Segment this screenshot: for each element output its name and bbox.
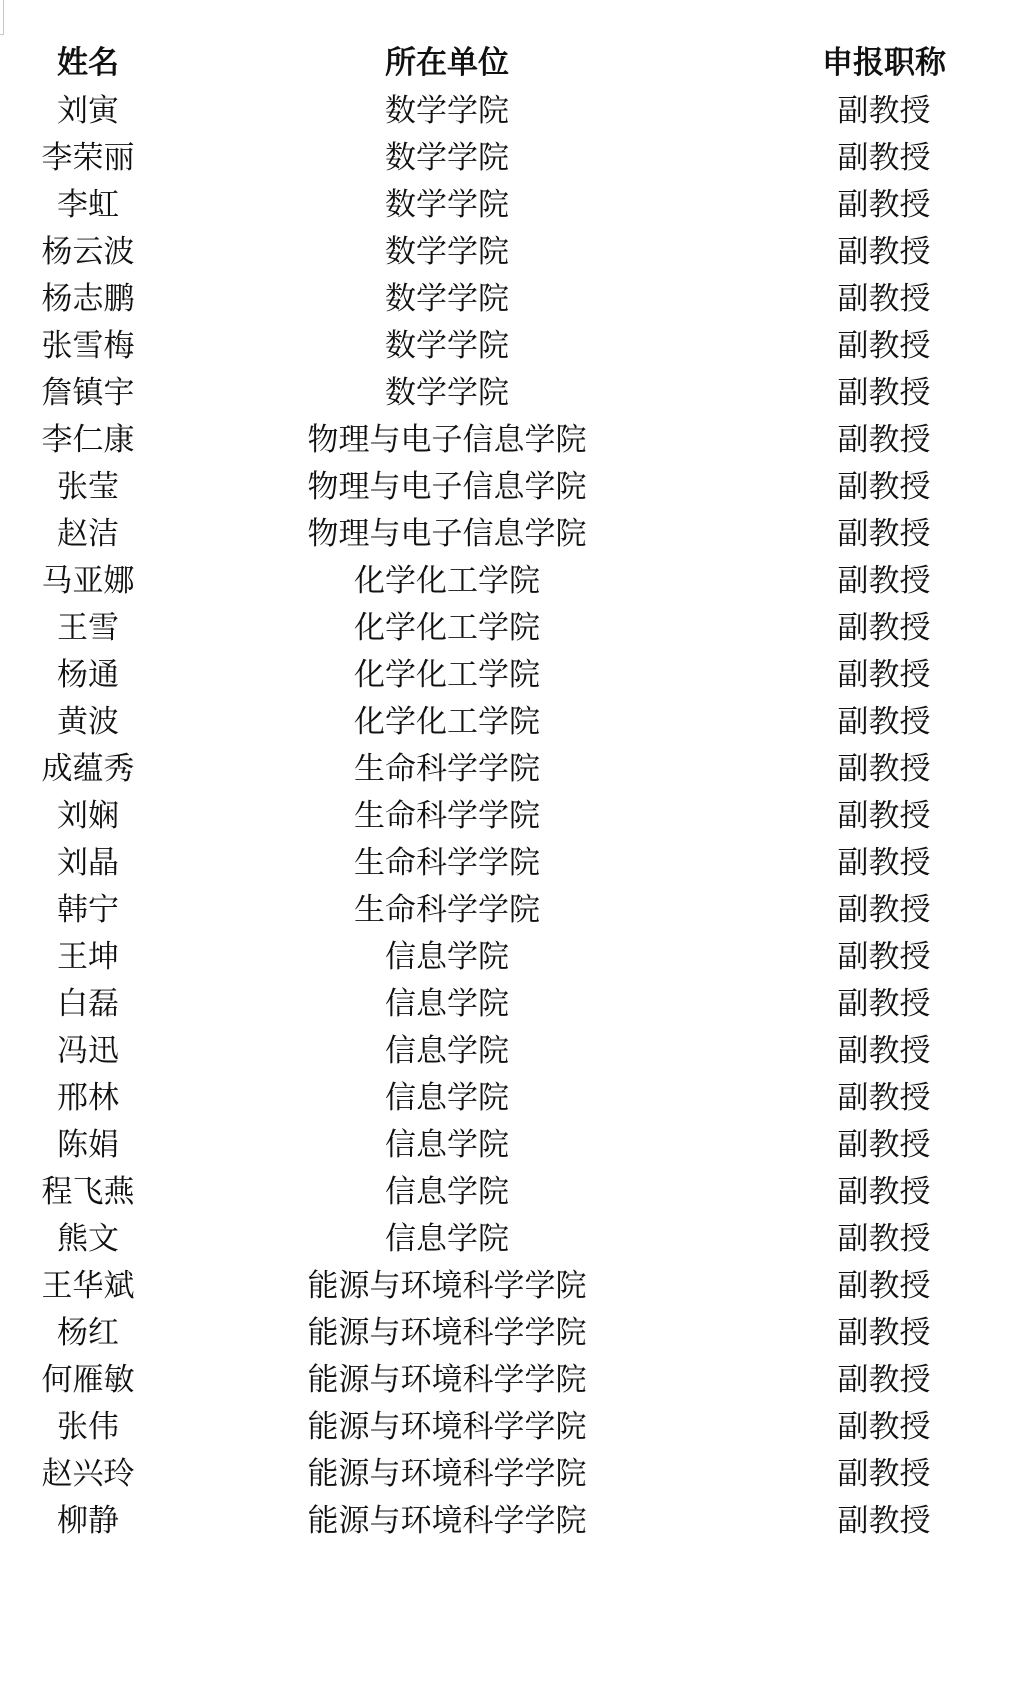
name-cell: 杨志鹏	[8, 276, 168, 323]
unit-cell: 生命科学学院	[247, 887, 647, 934]
table-header-row: 姓名 所在单位 申报职称	[0, 38, 1018, 88]
name-cell: 李荣丽	[8, 135, 168, 182]
unit-cell: 信息学院	[247, 981, 647, 1028]
table-row: 张伟能源与环境科学学院副教授	[0, 1404, 1018, 1451]
name-cell: 柳静	[8, 1498, 168, 1545]
title-cell: 副教授	[784, 699, 984, 746]
unit-cell: 物理与电子信息学院	[247, 511, 647, 558]
title-cell: 副教授	[784, 1122, 984, 1169]
title-cell: 副教授	[784, 887, 984, 934]
title-cell: 副教授	[784, 276, 984, 323]
title-cell: 副教授	[784, 1263, 984, 1310]
name-cell: 王华斌	[8, 1263, 168, 1310]
unit-cell: 能源与环境科学学院	[247, 1357, 647, 1404]
title-cell: 副教授	[784, 229, 984, 276]
unit-cell: 能源与环境科学学院	[247, 1451, 647, 1498]
table-row: 赵兴玲能源与环境科学学院副教授	[0, 1451, 1018, 1498]
name-cell: 冯迅	[8, 1028, 168, 1075]
name-cell: 张莹	[8, 464, 168, 511]
table-row: 王坤信息学院副教授	[0, 934, 1018, 981]
unit-cell: 能源与环境科学学院	[247, 1263, 647, 1310]
table-row: 白磊信息学院副教授	[0, 981, 1018, 1028]
table-body: 刘寅数学学院副教授李荣丽数学学院副教授李虹数学学院副教授杨云波数学学院副教授杨志…	[0, 88, 1018, 1545]
name-cell: 陈娟	[8, 1122, 168, 1169]
table-row: 马亚娜化学化工学院副教授	[0, 558, 1018, 605]
unit-cell: 信息学院	[247, 1122, 647, 1169]
name-cell: 杨红	[8, 1310, 168, 1357]
name-cell: 何雁敏	[8, 1357, 168, 1404]
table-row: 何雁敏能源与环境科学学院副教授	[0, 1357, 1018, 1404]
name-cell: 熊文	[8, 1216, 168, 1263]
title-cell: 副教授	[784, 1404, 984, 1451]
unit-cell: 化学化工学院	[247, 605, 647, 652]
title-cell: 副教授	[784, 1357, 984, 1404]
unit-cell: 数学学院	[247, 323, 647, 370]
name-cell: 张伟	[8, 1404, 168, 1451]
table-row: 陈娟信息学院副教授	[0, 1122, 1018, 1169]
table-row: 杨红能源与环境科学学院副教授	[0, 1310, 1018, 1357]
title-cell: 副教授	[784, 840, 984, 887]
unit-cell: 化学化工学院	[247, 699, 647, 746]
table-row: 成蕴秀生命科学学院副教授	[0, 746, 1018, 793]
table-row: 李仁康物理与电子信息学院副教授	[0, 417, 1018, 464]
name-cell: 张雪梅	[8, 323, 168, 370]
name-cell: 韩宁	[8, 887, 168, 934]
name-cell: 詹镇宇	[8, 370, 168, 417]
title-cell: 副教授	[784, 1075, 984, 1122]
name-cell: 刘寅	[8, 88, 168, 135]
table-row: 杨云波数学学院副教授	[0, 229, 1018, 276]
unit-cell: 物理与电子信息学院	[247, 464, 647, 511]
name-cell: 赵洁	[8, 511, 168, 558]
unit-cell: 数学学院	[247, 88, 647, 135]
table-row: 程飞燕信息学院副教授	[0, 1169, 1018, 1216]
table-row: 冯迅信息学院副教授	[0, 1028, 1018, 1075]
title-cell: 副教授	[784, 135, 984, 182]
title-cell: 副教授	[784, 1498, 984, 1545]
table-row: 王华斌能源与环境科学学院副教授	[0, 1263, 1018, 1310]
title-cell: 副教授	[784, 605, 984, 652]
header-name: 姓名	[8, 38, 168, 88]
name-cell: 邢林	[8, 1075, 168, 1122]
table-row: 杨志鹏数学学院副教授	[0, 276, 1018, 323]
name-cell: 杨通	[8, 652, 168, 699]
name-cell: 程飞燕	[8, 1169, 168, 1216]
table-row: 詹镇宇数学学院副教授	[0, 370, 1018, 417]
name-cell: 刘晶	[8, 840, 168, 887]
title-cell: 副教授	[784, 1216, 984, 1263]
table-row: 柳静能源与环境科学学院副教授	[0, 1498, 1018, 1545]
unit-cell: 化学化工学院	[247, 558, 647, 605]
table-row: 熊文信息学院副教授	[0, 1216, 1018, 1263]
table-row: 赵洁物理与电子信息学院副教授	[0, 511, 1018, 558]
unit-cell: 能源与环境科学学院	[247, 1310, 647, 1357]
candidate-table: 姓名 所在单位 申报职称 刘寅数学学院副教授李荣丽数学学院副教授李虹数学学院副教…	[0, 38, 1018, 1545]
unit-cell: 生命科学学院	[247, 793, 647, 840]
title-cell: 副教授	[784, 1028, 984, 1075]
unit-cell: 数学学院	[247, 229, 647, 276]
unit-cell: 物理与电子信息学院	[247, 417, 647, 464]
name-cell: 白磊	[8, 981, 168, 1028]
table-row: 李荣丽数学学院副教授	[0, 135, 1018, 182]
unit-cell: 数学学院	[247, 370, 647, 417]
name-cell: 杨云波	[8, 229, 168, 276]
name-cell: 黄波	[8, 699, 168, 746]
title-cell: 副教授	[784, 1310, 984, 1357]
name-cell: 李仁康	[8, 417, 168, 464]
unit-cell: 生命科学学院	[247, 840, 647, 887]
unit-cell: 信息学院	[247, 934, 647, 981]
name-cell: 马亚娜	[8, 558, 168, 605]
title-cell: 副教授	[784, 464, 984, 511]
table-row: 王雪化学化工学院副教授	[0, 605, 1018, 652]
name-cell: 王雪	[8, 605, 168, 652]
title-cell: 副教授	[784, 182, 984, 229]
title-cell: 副教授	[784, 1169, 984, 1216]
unit-cell: 信息学院	[247, 1075, 647, 1122]
unit-cell: 数学学院	[247, 182, 647, 229]
title-cell: 副教授	[784, 1451, 984, 1498]
table-row: 黄波化学化工学院副教授	[0, 699, 1018, 746]
name-cell: 王坤	[8, 934, 168, 981]
unit-cell: 能源与环境科学学院	[247, 1404, 647, 1451]
title-cell: 副教授	[784, 511, 984, 558]
table-row: 李虹数学学院副教授	[0, 182, 1018, 229]
unit-cell: 化学化工学院	[247, 652, 647, 699]
header-title: 申报职称	[784, 38, 984, 88]
title-cell: 副教授	[784, 981, 984, 1028]
table-row: 韩宁生命科学学院副教授	[0, 887, 1018, 934]
name-cell: 赵兴玲	[8, 1451, 168, 1498]
table-row: 杨通化学化工学院副教授	[0, 652, 1018, 699]
unit-cell: 数学学院	[247, 276, 647, 323]
unit-cell: 能源与环境科学学院	[247, 1498, 647, 1545]
title-cell: 副教授	[784, 88, 984, 135]
unit-cell: 生命科学学院	[247, 746, 647, 793]
table-row: 邢林信息学院副教授	[0, 1075, 1018, 1122]
unit-cell: 数学学院	[247, 135, 647, 182]
corner-bracket-mark	[0, 0, 4, 35]
title-cell: 副教授	[784, 934, 984, 981]
unit-cell: 信息学院	[247, 1169, 647, 1216]
title-cell: 副教授	[784, 417, 984, 464]
table-row: 刘寅数学学院副教授	[0, 88, 1018, 135]
header-unit: 所在单位	[247, 38, 647, 88]
title-cell: 副教授	[784, 323, 984, 370]
title-cell: 副教授	[784, 793, 984, 840]
name-cell: 成蕴秀	[8, 746, 168, 793]
unit-cell: 信息学院	[247, 1028, 647, 1075]
table-row: 张雪梅数学学院副教授	[0, 323, 1018, 370]
table-row: 张莹物理与电子信息学院副教授	[0, 464, 1018, 511]
title-cell: 副教授	[784, 558, 984, 605]
name-cell: 刘娴	[8, 793, 168, 840]
table-row: 刘晶生命科学学院副教授	[0, 840, 1018, 887]
title-cell: 副教授	[784, 746, 984, 793]
table-row: 刘娴生命科学学院副教授	[0, 793, 1018, 840]
title-cell: 副教授	[784, 652, 984, 699]
title-cell: 副教授	[784, 370, 984, 417]
unit-cell: 信息学院	[247, 1216, 647, 1263]
name-cell: 李虹	[8, 182, 168, 229]
